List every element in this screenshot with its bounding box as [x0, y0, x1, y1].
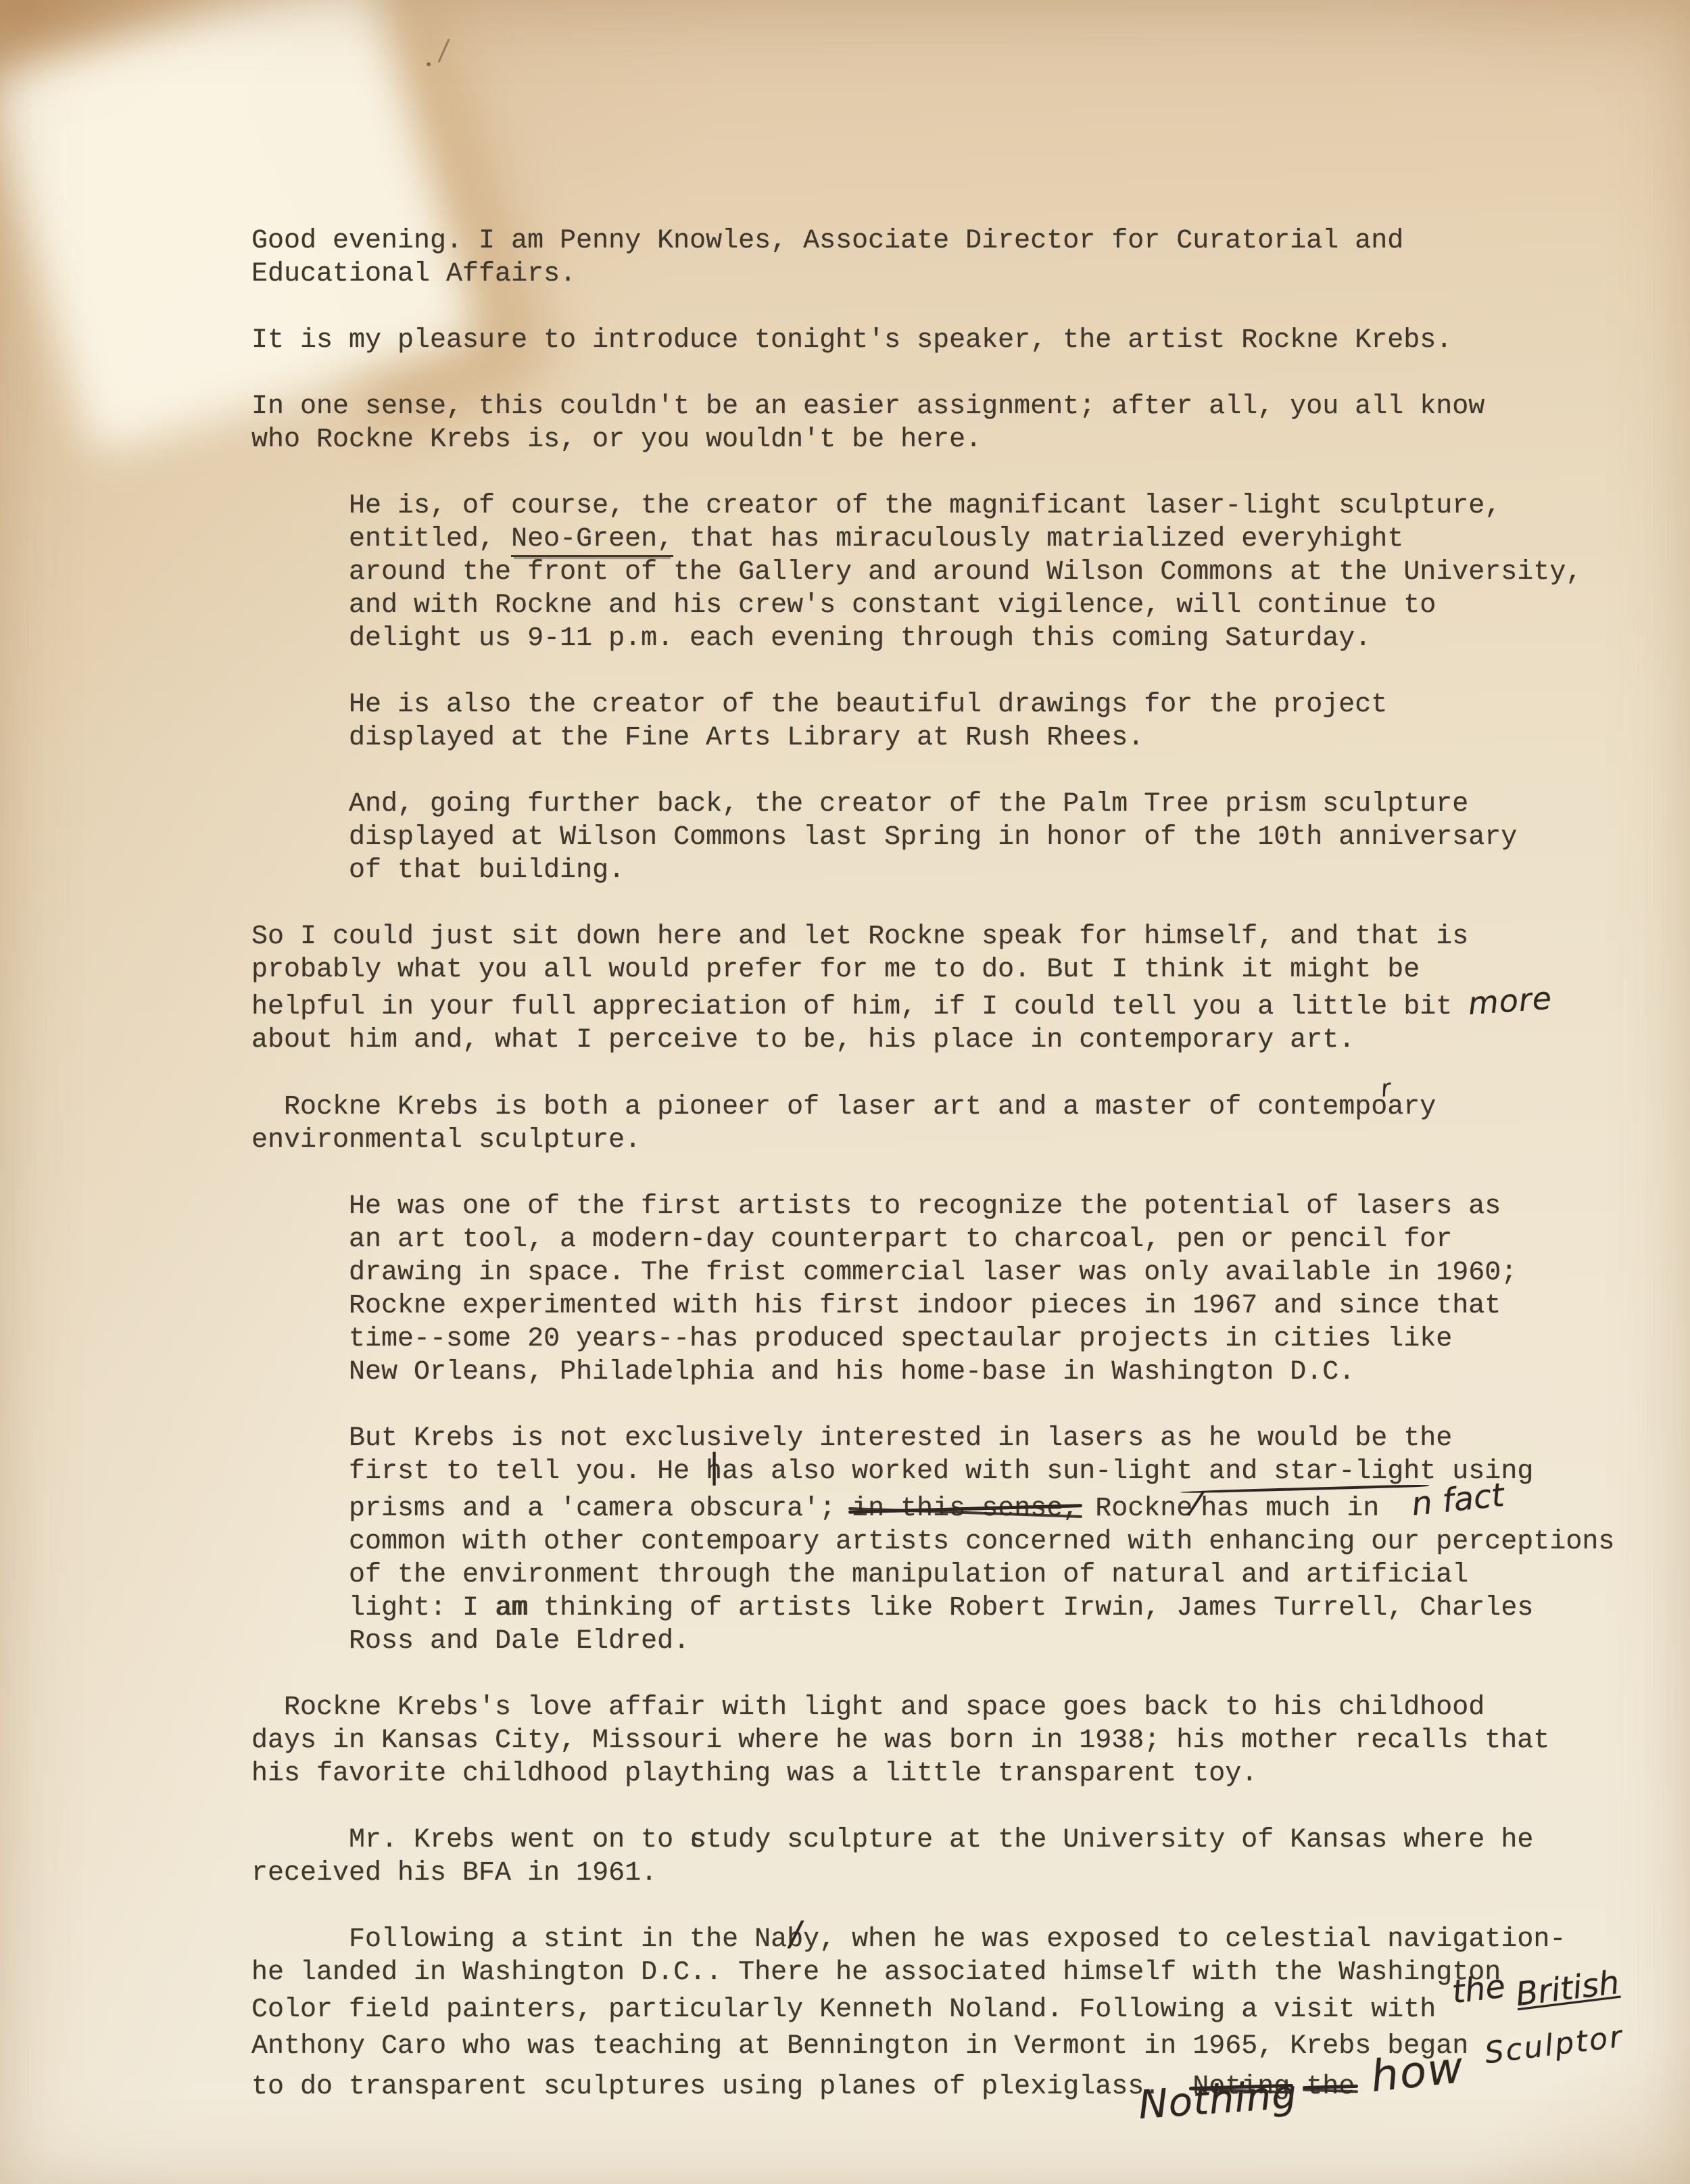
typed-line: Mr. Krebs went on to sctudy sculpture at…: [251, 1824, 1624, 1857]
pen-struck-text: in this sense,: [852, 1492, 1079, 1525]
typed-line: common with other contempoary artists co…: [251, 1525, 1624, 1559]
blank-line: [251, 1057, 1624, 1090]
typed-text: of that building.: [251, 855, 625, 886]
typed-text: his favorite childhood plaything was a l…: [251, 1759, 1257, 1789]
blank-line: [251, 755, 1624, 788]
typed-text: entitled,: [251, 524, 511, 554]
typed-text: environmental sculpture.: [251, 1125, 641, 1156]
typed-line: his favorite childhood plaything was a l…: [251, 1757, 1624, 1790]
typed-text: time--some 20 years--has produced specta…: [251, 1324, 1452, 1354]
overstruck-text: h|: [706, 1455, 722, 1488]
typed-line: Educational Affairs.: [251, 258, 1624, 291]
typed-text: am: [495, 1593, 527, 1623]
typed-text: probably what you all would prefer for m…: [251, 955, 1420, 985]
pen-struck-text: the: [1306, 2070, 1355, 2104]
typed-text: displayed at the Fine Arts Library at Ru…: [251, 723, 1144, 753]
typed-text: of the environment through the manipulat…: [251, 1560, 1468, 1590]
typed-text: first to tell you. He: [251, 1456, 706, 1487]
typed-line: Rockne Krebs is both a pioneer of laser …: [251, 1090, 1624, 1124]
typed-text: drawing in space. The frist commercial l…: [251, 1258, 1517, 1288]
handwritten-annotation: how: [1370, 2051, 1466, 2094]
blank-line: [251, 887, 1624, 920]
typed-text: Rockne Krebs's love affair with light an…: [251, 1692, 1484, 1723]
typed-line: He is also the creator of the beautiful …: [251, 688, 1624, 721]
typed-text: prisms and a 'camera obscura';: [251, 1494, 852, 1524]
typed-line: Ross and Dale Eldred.: [251, 1625, 1624, 1658]
typed-line: about him and, what I perceive to be, hi…: [251, 1024, 1624, 1057]
typed-line: environmental sculpture.: [251, 1124, 1624, 1157]
typed-text: days in Kansas City, Missouri where he w…: [251, 1726, 1549, 1756]
pen-overlined-text: has much in: [1201, 1492, 1379, 1525]
blank-line: [251, 291, 1624, 324]
typed-line: time--some 20 years--has produced specta…: [251, 1323, 1624, 1356]
typed-line: of the environment through the manipulat…: [251, 1559, 1624, 1592]
typed-line: first to tell you. He h|as also worked w…: [251, 1455, 1624, 1488]
typed-text: helpful in your full appreciation of him…: [251, 992, 1468, 1022]
blank-line: [251, 1658, 1624, 1691]
handwritten-annotation: Nothing: [1138, 2078, 1299, 2122]
typed-line: So I could just sit down here and let Ro…: [251, 920, 1624, 953]
blank-line: [251, 456, 1624, 490]
typed-text: an art tool, a modern-day counterpart to…: [251, 1225, 1452, 1255]
typed-line: received his BFA in 1961.: [251, 1857, 1624, 1890]
handwritten-annotation: more: [1468, 982, 1553, 1021]
overstrike-mark: /: [790, 1918, 801, 1951]
typed-text: thinking of artists like Robert Irwin, J…: [527, 1593, 1533, 1623]
typed-line: probably what you all would prefer for m…: [251, 953, 1624, 987]
typed-line: drawing in space. The frist commercial l…: [251, 1256, 1624, 1289]
typed-line: In one sense, this couldn't be an easier…: [251, 390, 1624, 423]
typed-line: Rockne experimented with his first indoo…: [251, 1289, 1624, 1323]
typed-text: he landed in Washington D.C.. There he a…: [251, 1957, 1501, 1988]
overstrike-mark: |: [708, 1450, 720, 1483]
underlined-title-text: Neo-Green,: [511, 524, 673, 557]
handwritten-annotation: n fact: [1410, 1479, 1506, 1521]
blank-line: [251, 655, 1624, 688]
typed-text: as also worked with sun-light and star-l…: [722, 1456, 1533, 1487]
typed-text: Anthony Caro who was teaching at Benning…: [251, 2031, 1484, 2062]
typed-line: Following a stint in the Nab/y, when he …: [251, 1923, 1624, 1956]
typed-line: Color field painters, particularly Kenne…: [251, 1989, 1624, 2026]
typed-text: who Rockne Krebs is, or you wouldn't be …: [251, 425, 982, 455]
typed-text: light: I: [251, 1593, 495, 1623]
typed-line: Good evening. I am Penny Knowles, Associ…: [251, 224, 1624, 258]
typed-line: And, going further back, the creator of …: [251, 788, 1624, 821]
paper-speck: [427, 62, 431, 66]
typed-text: Good evening. I am Penny Knowles, Associ…: [251, 226, 1403, 256]
blank-line: [251, 1890, 1624, 1923]
typed-text: y, when he was exposed to celestial navi…: [803, 1924, 1566, 1955]
typed-line: around the front of the Gallery and arou…: [251, 556, 1624, 589]
typed-text: So I could just sit down here and let Ro…: [251, 922, 1468, 952]
typed-text: Rockne: [1079, 1494, 1192, 1524]
typed-text: It is my pleasure to introduce tonight's…: [251, 325, 1452, 356]
scanned-typewritten-document: { "style": { "paper_dark": "#dfc6a5", "p…: [0, 0, 1690, 2184]
typed-line: displayed at Wilson Commons last Spring …: [251, 821, 1624, 854]
typed-line: Rockne Krebs's love affair with light an…: [251, 1691, 1624, 1724]
typed-text: Rockne experimented with his first indoo…: [251, 1291, 1501, 1321]
typed-text: around the front of the Gallery and arou…: [251, 557, 1582, 588]
typed-line: delight us 9-11 p.m. each evening throug…: [251, 622, 1624, 655]
typed-text: common with other contempoary artists co…: [251, 1527, 1614, 1557]
typed-text: tudy sculpture at the University of Kans…: [706, 1825, 1533, 1855]
typed-text: Mr. Krebs went on to: [251, 1825, 690, 1855]
typed-line: light: I am thinking of artists like Rob…: [251, 1592, 1624, 1625]
typed-line: prisms and a 'camera obscura'; in this s…: [251, 1488, 1624, 1525]
blank-line: [251, 1790, 1624, 1824]
typed-text: [1379, 1494, 1411, 1524]
typed-text: ary: [1387, 1092, 1436, 1122]
typed-text: displayed at Wilson Commons last Spring …: [251, 822, 1517, 853]
typed-text: New Orleans, Philadelphia and his home-b…: [251, 1357, 1355, 1387]
typed-line: to do transparent sculptures using plane…: [251, 2063, 1624, 2104]
typed-line: and with Rockne and his crew's constant …: [251, 589, 1624, 622]
typed-text-block: Good evening. I am Penny Knowles, Associ…: [251, 224, 1624, 2104]
typed-line: who Rockne Krebs is, or you wouldn't be …: [251, 423, 1624, 456]
typed-text: about him and, what I perceive to be, hi…: [251, 1025, 1355, 1055]
typed-text: And, going further back, the creator of …: [251, 789, 1468, 820]
typed-text: He is, of course, the creator of the mag…: [251, 491, 1501, 521]
typed-line: days in Kansas City, Missouri where he w…: [251, 1724, 1624, 1757]
typed-text: Educational Affairs.: [251, 259, 576, 289]
typed-text: He is also the creator of the beautiful …: [251, 690, 1387, 720]
overstrike-mark: c: [690, 1824, 706, 1857]
typed-text: But Krebs is not exclusively interested …: [251, 1423, 1452, 1454]
typed-text: and with Rockne and his crew's constant …: [251, 590, 1436, 621]
typed-text: He was one of the first artists to recog…: [251, 1191, 1501, 1222]
overstruck-text: b/: [787, 1923, 803, 1956]
blank-line: [251, 357, 1624, 390]
typed-line: He was one of the first artists to recog…: [251, 1190, 1624, 1223]
typed-line: It is my pleasure to introduce tonight's…: [251, 324, 1624, 357]
typed-text: Color field painters, particularly Kenne…: [251, 1995, 1452, 2025]
typed-line: entitled, Neo-Green, that has miraculous…: [251, 523, 1624, 556]
typed-line: he landed in Washington D.C.. There he a…: [251, 1956, 1624, 1989]
typed-text: delight us 9-11 p.m. each evening throug…: [251, 623, 1371, 654]
typed-line: an art tool, a modern-day counterpart to…: [251, 1223, 1624, 1256]
typed-line: New Orleans, Philadelphia and his home-b…: [251, 1356, 1624, 1389]
blank-line: [251, 1389, 1624, 1422]
overstruck-text: sc: [690, 1824, 706, 1857]
typed-line: of that building.: [251, 854, 1624, 887]
scanned-page: Good evening. I am Penny Knowles, Associ…: [0, 0, 1690, 2184]
typed-text: to do transparent sculptures using plane…: [251, 2072, 1192, 2102]
typed-text: received his BFA in 1961.: [251, 1858, 657, 1889]
typed-text: Rockne Krebs is both a pioneer of laser …: [251, 1092, 1387, 1122]
typed-line: But Krebs is not exclusively interested …: [251, 1422, 1624, 1455]
typed-text: that has miraculously matrialized everyh…: [673, 524, 1403, 554]
typed-line: displayed at the Fine Arts Library at Ru…: [251, 721, 1624, 755]
typed-line: He is, of course, the creator of the mag…: [251, 490, 1624, 523]
blank-line: [251, 1157, 1624, 1190]
handwritten-annotation: the: [1451, 1968, 1518, 2009]
typed-text: Ross and Dale Eldred.: [251, 1626, 690, 1657]
typed-line: helpful in your full appreciation of him…: [251, 987, 1624, 1024]
typed-text: In one sense, this couldn't be an easier…: [251, 391, 1484, 422]
typed-text: Following a stint in the Na: [251, 1924, 787, 1955]
